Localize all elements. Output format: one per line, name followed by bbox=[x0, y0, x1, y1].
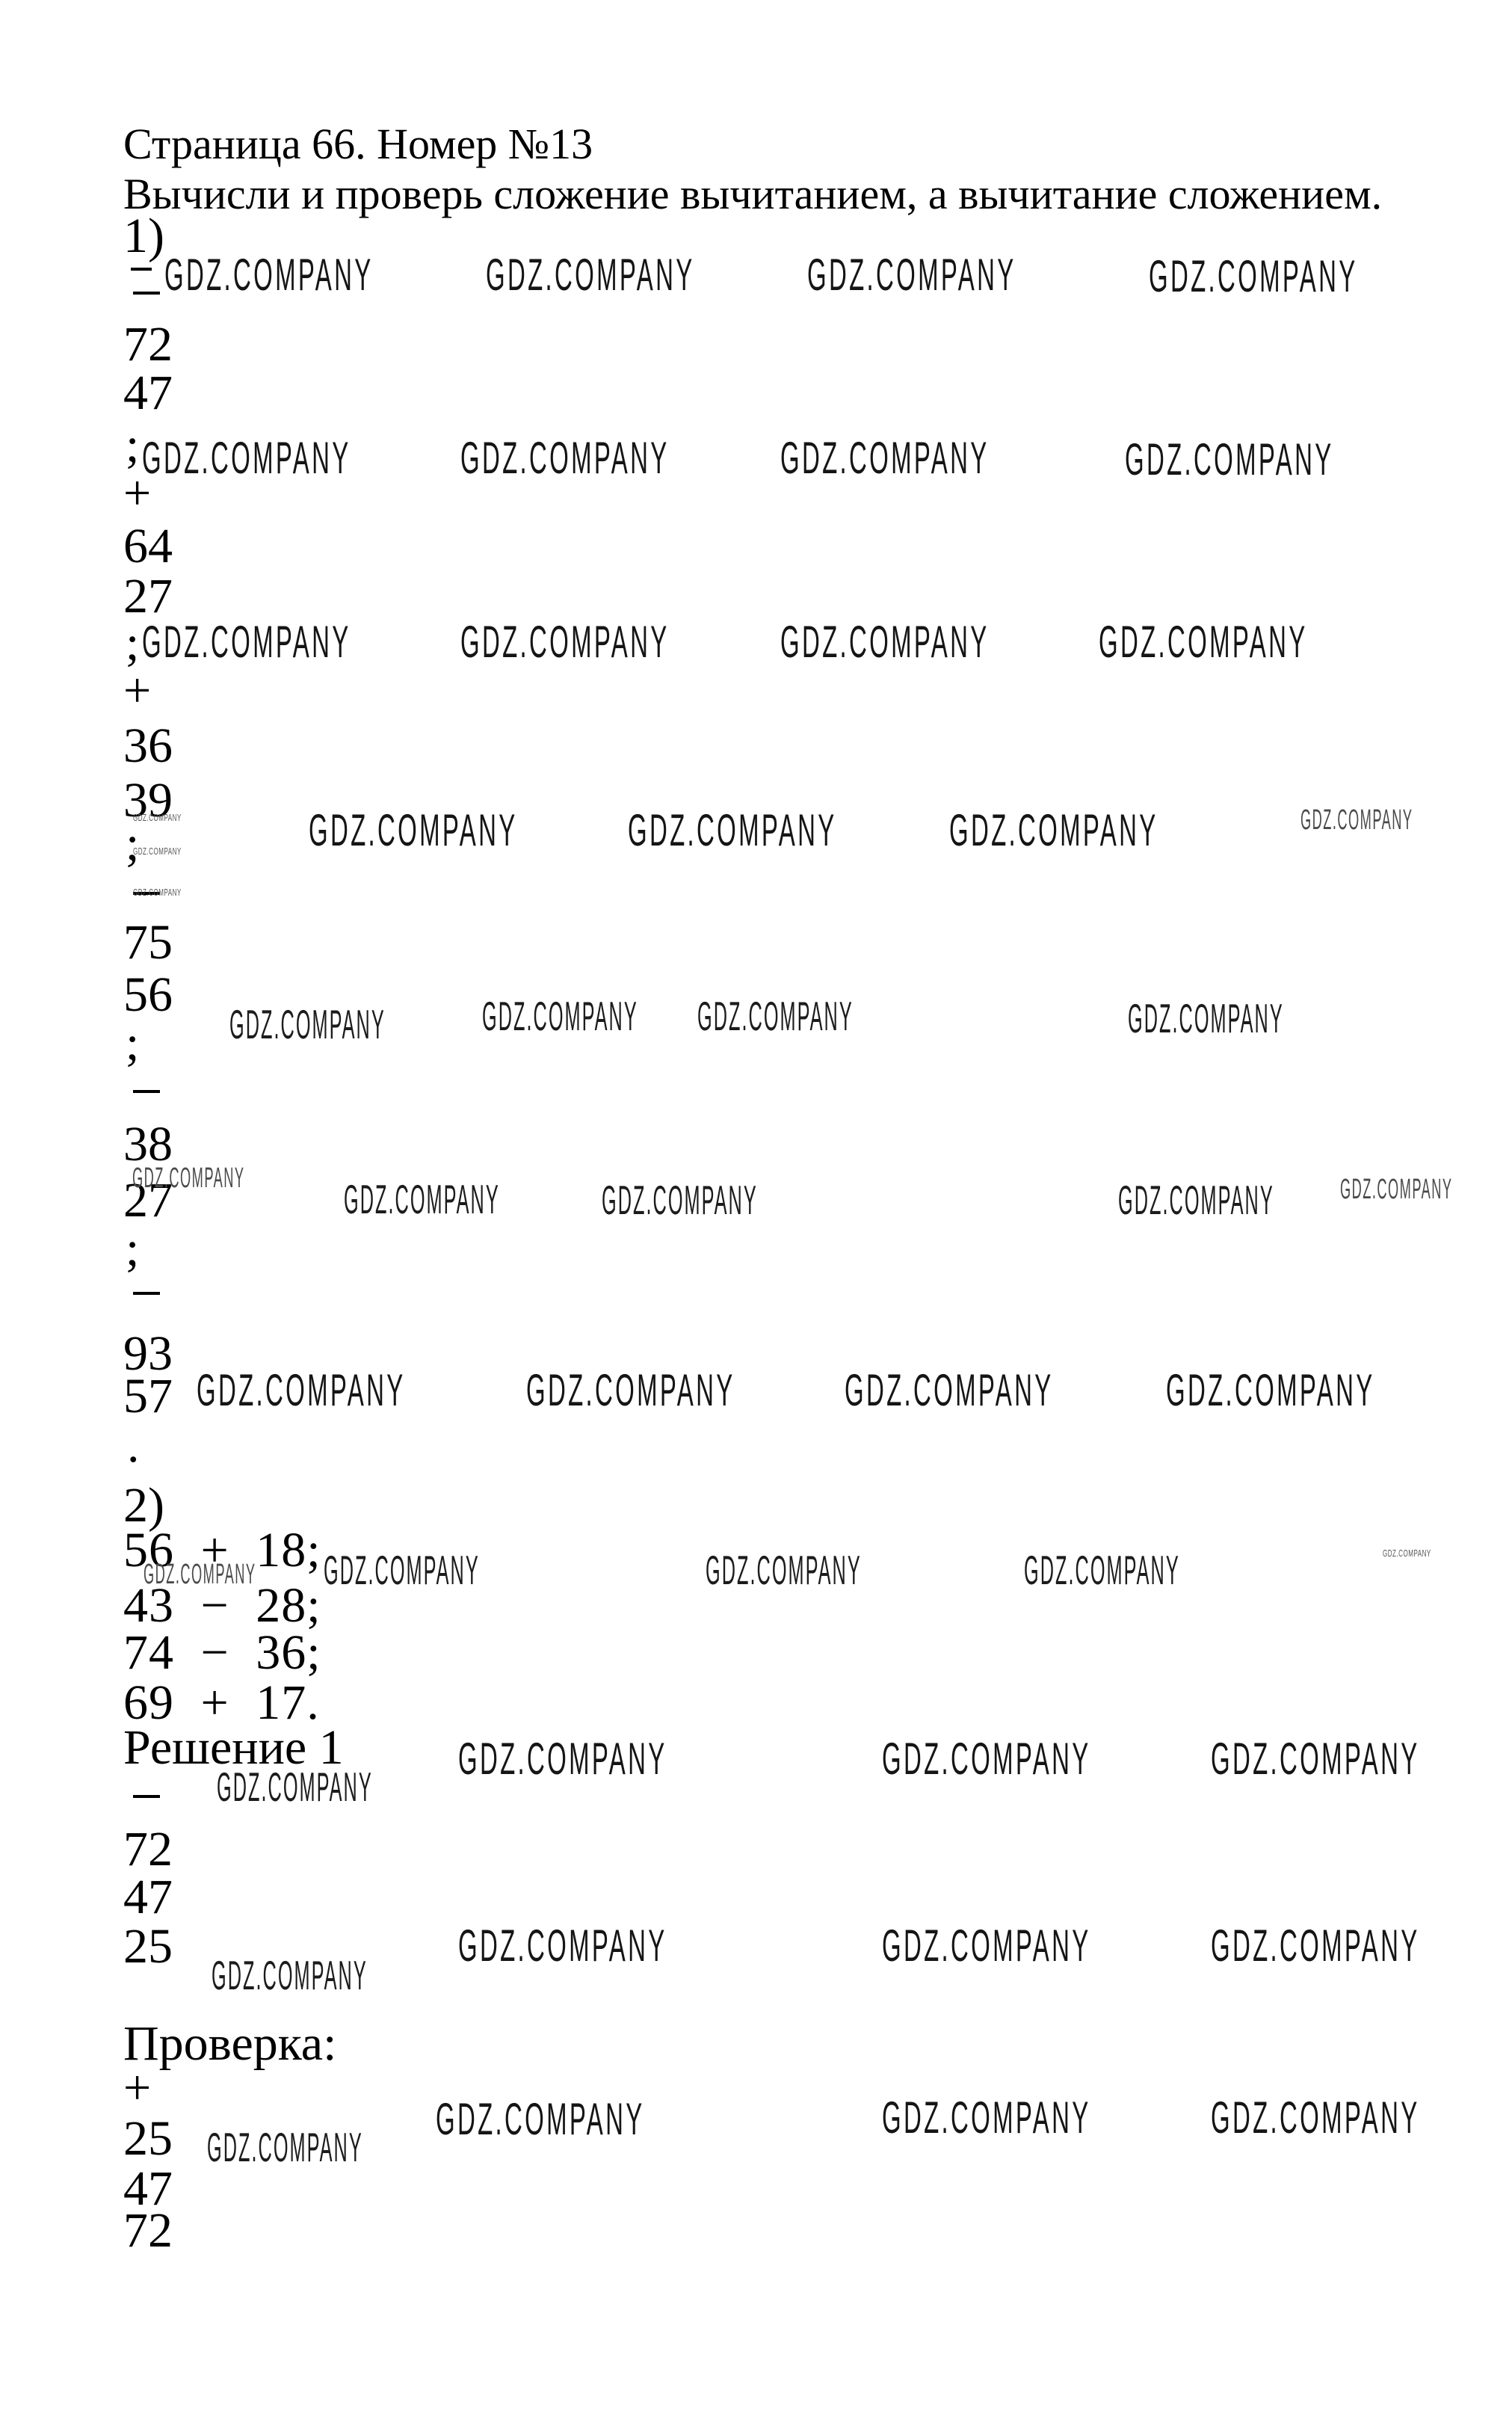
arith-line: 72 bbox=[123, 320, 173, 369]
watermark: GDZ.COMPANY bbox=[486, 249, 695, 301]
watermark: GDZ.COMPANY bbox=[1383, 1548, 1431, 1559]
watermark: GDZ.COMPANY bbox=[133, 812, 182, 823]
watermark: GDZ.COMPANY bbox=[460, 432, 670, 484]
watermark: GDZ.COMPANY bbox=[482, 992, 638, 1040]
watermark: GDZ.COMPANY bbox=[628, 804, 837, 856]
arith-line: 36 bbox=[123, 721, 173, 771]
watermark: GDZ.COMPANY bbox=[706, 1546, 862, 1594]
watermark: GDZ.COMPANY bbox=[133, 846, 182, 857]
watermark: GDZ.COMPANY bbox=[1099, 616, 1308, 668]
watermark: GDZ.COMPANY bbox=[132, 1163, 244, 1195]
watermark: GDZ.COMPANY bbox=[458, 1733, 667, 1785]
arith-line: ; bbox=[126, 421, 139, 470]
arith-line: ; bbox=[126, 1225, 139, 1274]
watermark: GDZ.COMPANY bbox=[1340, 1174, 1452, 1206]
watermark: GDZ.COMPANY bbox=[602, 1176, 758, 1224]
arith-line: 27 bbox=[123, 572, 173, 621]
minus-rule bbox=[133, 292, 160, 295]
arith-line: 57 bbox=[123, 1372, 173, 1421]
arith-line: ; bbox=[126, 819, 139, 869]
page: Страница 66. Номер №13 Вычисли и проверь… bbox=[0, 0, 1512, 2411]
arith-line: 56 bbox=[123, 970, 173, 1020]
arith-line: ; bbox=[126, 619, 139, 668]
arith-line: 25 bbox=[123, 2114, 173, 2164]
arith-line: Проверка: bbox=[123, 2019, 336, 2069]
watermark: GDZ.COMPANY bbox=[1128, 994, 1284, 1042]
watermark: GDZ.COMPANY bbox=[144, 1559, 256, 1591]
page-title: Страница 66. Номер №13 bbox=[123, 123, 593, 166]
watermark: GDZ.COMPANY bbox=[526, 1364, 735, 1416]
watermark: GDZ.COMPANY bbox=[1300, 804, 1413, 837]
watermark: GDZ.COMPANY bbox=[344, 1175, 500, 1223]
arith-line: 1) bbox=[123, 212, 164, 261]
watermark: GDZ.COMPANY bbox=[949, 804, 1158, 856]
arith-line: 74 − 36; bbox=[123, 1628, 321, 1678]
arith-line: 72 bbox=[123, 1825, 173, 1874]
watermark: GDZ.COMPANY bbox=[1211, 2092, 1420, 2143]
arith-line: 47 bbox=[123, 369, 173, 418]
watermark: GDZ.COMPANY bbox=[212, 1951, 368, 1999]
watermark: GDZ.COMPANY bbox=[1149, 250, 1358, 302]
watermark: GDZ.COMPANY bbox=[133, 887, 182, 898]
watermark: GDZ.COMPANY bbox=[460, 616, 670, 668]
watermark: GDZ.COMPANY bbox=[882, 1920, 1091, 1971]
watermark: GDZ.COMPANY bbox=[142, 616, 351, 668]
watermark: GDZ.COMPANY bbox=[882, 1733, 1091, 1785]
minus-rule bbox=[133, 1795, 160, 1798]
watermark: GDZ.COMPANY bbox=[324, 1546, 480, 1594]
watermark: GDZ.COMPANY bbox=[1211, 1733, 1420, 1785]
watermark: GDZ.COMPANY bbox=[1211, 1920, 1420, 1971]
arith-line: ; bbox=[126, 1019, 139, 1068]
watermark: GDZ.COMPANY bbox=[309, 804, 518, 856]
arith-line: + bbox=[123, 666, 151, 715]
watermark: GDZ.COMPANY bbox=[780, 432, 990, 484]
watermark: GDZ.COMPANY bbox=[1125, 434, 1334, 485]
arith-line: 47 bbox=[123, 1873, 173, 1922]
arith-line: + bbox=[123, 2063, 151, 2113]
watermark: GDZ.COMPANY bbox=[207, 2123, 363, 2171]
minus-rule bbox=[133, 1292, 160, 1295]
watermark: GDZ.COMPANY bbox=[1024, 1546, 1180, 1594]
watermark: GDZ.COMPANY bbox=[217, 1763, 373, 1811]
watermark: GDZ.COMPANY bbox=[780, 616, 990, 668]
watermark: GDZ.COMPANY bbox=[807, 249, 1016, 301]
arith-line: . bbox=[127, 1421, 140, 1471]
minus-rule bbox=[131, 268, 152, 271]
watermark: GDZ.COMPANY bbox=[229, 1000, 386, 1048]
watermark: GDZ.COMPANY bbox=[697, 992, 854, 1040]
watermark: GDZ.COMPANY bbox=[1166, 1364, 1375, 1416]
watermark: GDZ.COMPANY bbox=[436, 2093, 645, 2145]
watermark: GDZ.COMPANY bbox=[164, 249, 374, 301]
arith-line: 75 bbox=[123, 918, 173, 967]
arith-line: 64 bbox=[123, 522, 173, 571]
arith-line: 72 bbox=[123, 2206, 173, 2255]
arith-line: 25 bbox=[123, 1922, 173, 1971]
watermark: GDZ.COMPANY bbox=[845, 1364, 1054, 1416]
minus-rule bbox=[133, 1090, 160, 1093]
watermark: GDZ.COMPANY bbox=[458, 1920, 667, 1971]
watermark: GDZ.COMPANY bbox=[882, 2092, 1091, 2143]
watermark: GDZ.COMPANY bbox=[1118, 1176, 1274, 1224]
task-text: Вычисли и проверь сложение вычитанием, а… bbox=[123, 173, 1382, 216]
watermark: GDZ.COMPANY bbox=[197, 1364, 406, 1416]
watermark: GDZ.COMPANY bbox=[142, 432, 351, 484]
